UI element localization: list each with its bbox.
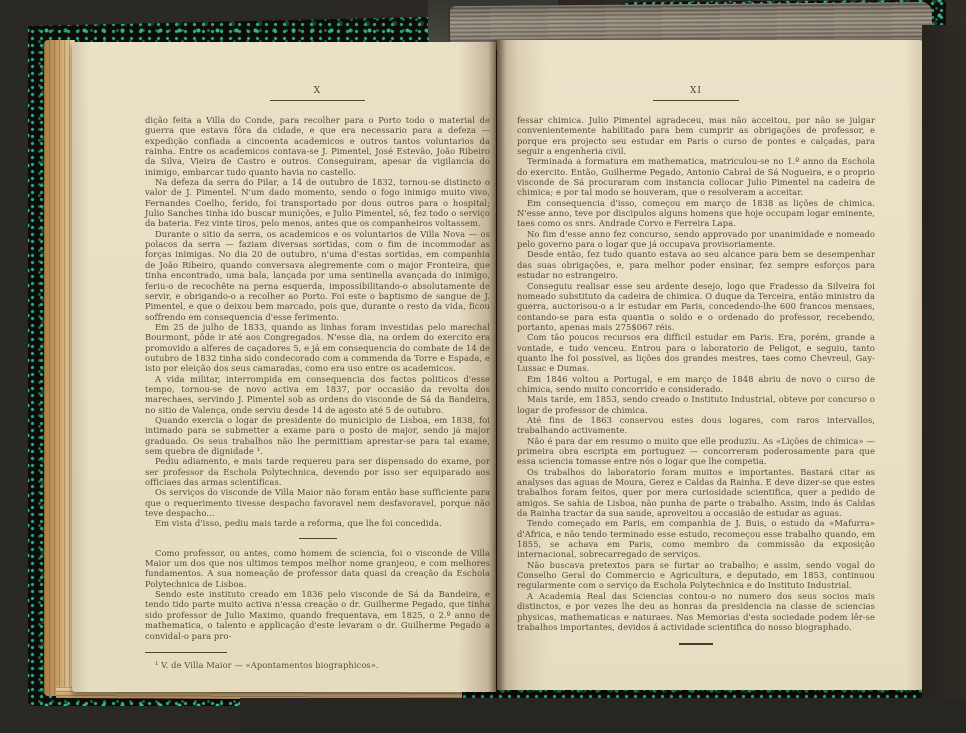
right-page-text: fessar chimica. Julio Pimentel agradeceu…: [517, 115, 875, 645]
paragraph: dição feita a Villa do Conde, para recol…: [145, 115, 490, 177]
paragraph: Até fins de 1863 conservou estes dous lo…: [517, 415, 875, 436]
paragraph: Com tão poucos recursos era difficil est…: [517, 332, 875, 373]
paragraph: Terminada a formatura em mathematica, ma…: [517, 156, 875, 197]
photo-of-open-book: X dição feita a Villa do Conde, para rec…: [0, 0, 966, 733]
background-shadow-bottom: [240, 698, 966, 733]
paragraph: Em 25 de julho de 1833, quando as linhas…: [145, 322, 490, 374]
paragraph: Pediu adiamento, e mais tarde requereu p…: [145, 456, 490, 487]
paragraph: Não é para dar em resumo o muito que ell…: [517, 436, 875, 467]
paragraph: Os trabalhos do laboratorio foram muitos…: [517, 467, 875, 519]
paragraph: Como professor, ou antes, como homem de …: [145, 548, 490, 589]
page-header-rule: [653, 100, 739, 101]
paragraph: Desde então, fez tudo quanto estava ao s…: [517, 249, 875, 280]
paragraph: Conseguiu realisar esse seu ardente dese…: [517, 281, 875, 333]
end-of-section-rule: [679, 643, 713, 645]
paragraph: Durante o sitio da serra, os academicos …: [145, 229, 490, 322]
footnote: ¹ V. de Villa Maior — «Apontamentos biog…: [145, 660, 490, 670]
left-page: X dição feita a Villa do Conde, para rec…: [72, 42, 496, 692]
footnote-rule: [145, 652, 227, 653]
book-gutter-shadow: [488, 40, 506, 692]
paragraph: Em vista d'isso, pediu mais tarde a refo…: [145, 518, 490, 528]
paragraph: No fim d'esse anno fez concurso, sendo a…: [517, 229, 875, 250]
paragraph: Tendo começado em Paris, em companhia de…: [517, 518, 875, 559]
paragraph: Quando exercia o logar de presidente do …: [145, 415, 490, 456]
paragraph: Mais tarde, em 1853, sendo creado o Inst…: [517, 394, 875, 415]
paragraph: Na defeza da serra do Pilar, a 14 de out…: [145, 177, 490, 229]
paragraph: A Academia Real das Sciencias contou-o n…: [517, 591, 875, 632]
paragraph: Em consequencia d'isso, começou em março…: [517, 198, 875, 229]
right-page: XI fessar chimica. Julio Pimentel agrade…: [497, 40, 923, 690]
paragraph: Os serviços do visconde de Villa Maior n…: [145, 487, 490, 518]
paragraph: fessar chimica. Julio Pimentel agradeceu…: [517, 115, 875, 156]
page-header-rule: [270, 100, 365, 101]
page-edges-left: [44, 40, 75, 696]
left-page-text: dição feita a Villa do Conde, para recol…: [145, 115, 490, 670]
background-shadow-right: [922, 25, 966, 733]
paragraph: A vida militar, interrompida em conseque…: [145, 374, 490, 415]
page-number-right: XI: [517, 86, 875, 96]
paragraph: Não buscava pretextos para se furtar ao …: [517, 560, 875, 591]
page-number-left: X: [145, 86, 490, 96]
section-divider-rule: [299, 538, 337, 539]
paragraph: Sendo este instituto creado em 1836 pelo…: [145, 589, 490, 641]
paragraph: Em 1846 voltou a Portugal, e em março de…: [517, 374, 875, 395]
